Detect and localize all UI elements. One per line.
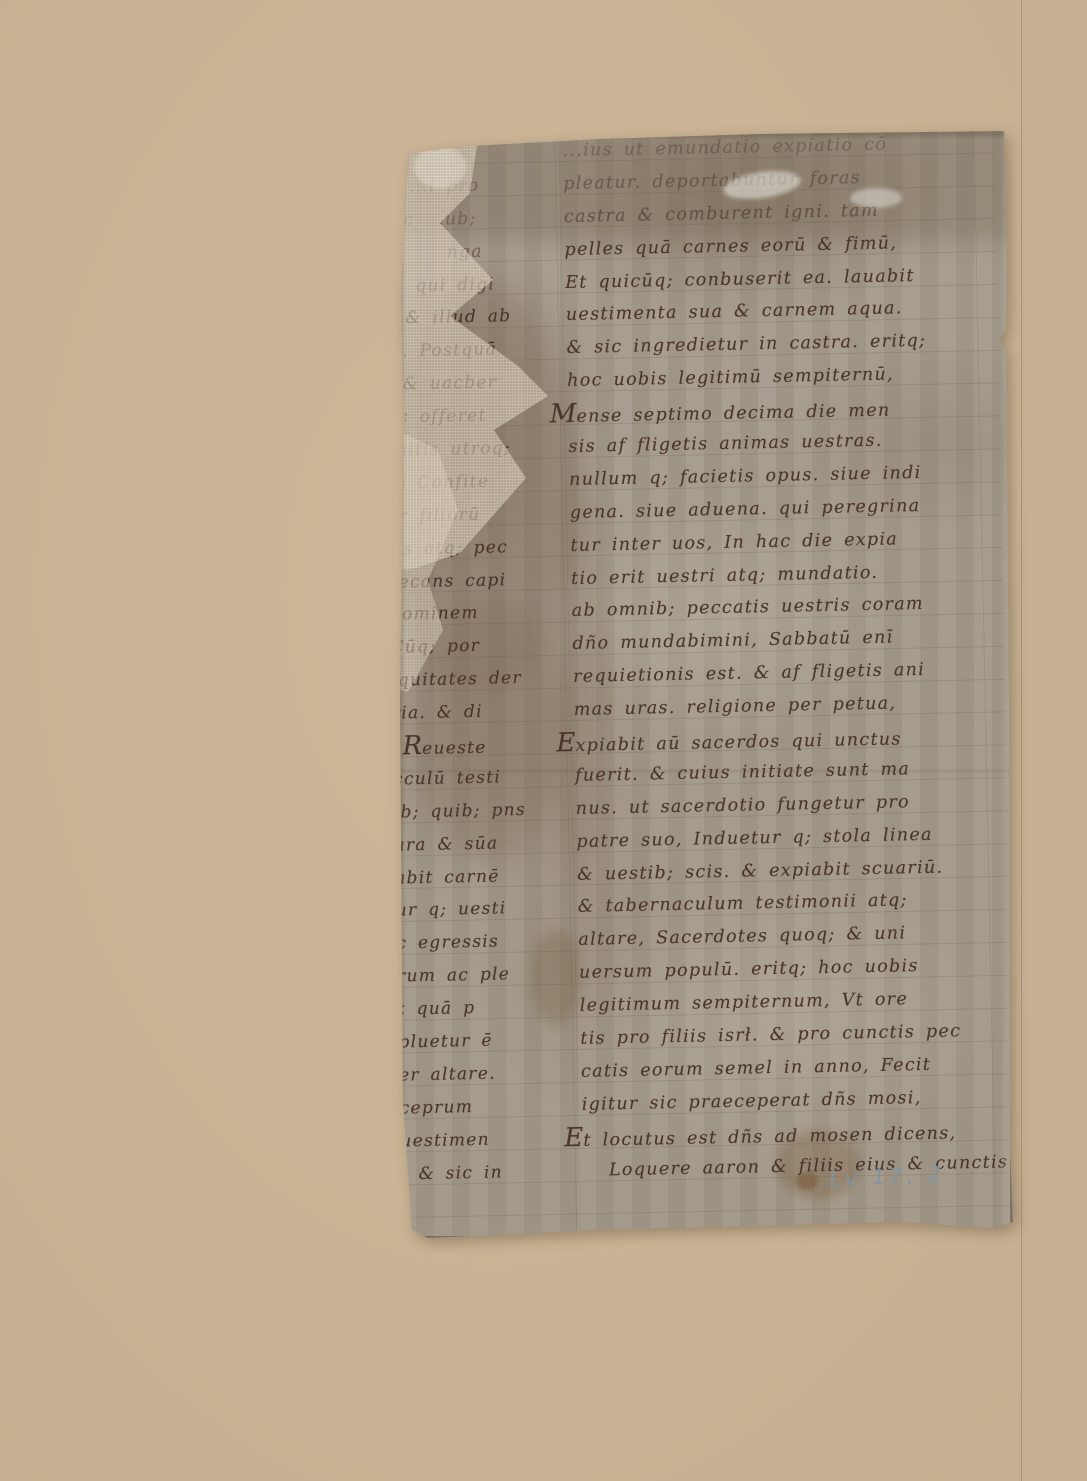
manuscript-line: er altare. [399, 1056, 580, 1092]
manuscript-line: ett...l pro [398, 168, 562, 204]
line-initial: M [550, 399, 577, 430]
manuscript-line: ceprum [399, 1089, 580, 1125]
manuscript-line: ria. & di [398, 694, 572, 730]
photo-background: ett...l pro c ...ub; nga qui digi & illu… [0, 0, 1087, 1481]
manuscript-line: er filiorū [398, 497, 568, 533]
manuscript-line: nga [398, 234, 563, 270]
manuscript-line: cculū testi [398, 760, 573, 796]
shelfmark-annotation: Lv 17, 2 [829, 1162, 946, 1192]
manuscript-line: hominem [398, 596, 570, 632]
parchment: ett...l pro c ...ub; nga qui digi & illu… [398, 130, 1016, 1242]
manuscript-line: c egressis [398, 924, 577, 960]
manuscript-line: uestimen [400, 1122, 581, 1158]
manuscript-line: qui digi [398, 267, 564, 303]
manuscript-line: tis atq; pec [398, 530, 569, 566]
manuscript-line: rt. Postquā [398, 332, 565, 368]
manuscript-line: rum ac ple [398, 957, 577, 993]
manuscript-line: . & sic in [401, 1155, 582, 1191]
manuscript-line: & illud ab [398, 300, 564, 336]
left-text-column: ett...l pro c ...ub; nga qui digi & illu… [398, 168, 581, 1191]
manuscript-line: ib; quib; pns [398, 793, 574, 829]
manuscript-line: recans capi [398, 563, 569, 599]
manuscript-line: pluetur ē [398, 1023, 579, 1059]
manuscript-line: Cūq; por [398, 628, 571, 664]
line-initial: E [556, 728, 576, 758]
manuscript-line: ositis utroq; [398, 431, 567, 467]
mat-seam [1021, 0, 1087, 1481]
manuscript-line: ara & sūa [398, 826, 575, 862]
manuscript-page: ett...l pro c ...ub; nga qui digi & illu… [398, 130, 1016, 1242]
right-text-column: ...ius ut emundatio expiatio cōpleatur. … [562, 130, 1013, 1187]
manuscript-line: t quā p [398, 990, 578, 1026]
line-initial: E [564, 1123, 584, 1153]
manuscript-line: c ...ub; [398, 201, 562, 237]
manuscript-line: nc offeret [398, 398, 566, 434]
written-area: ett...l pro c ...ub; nga qui digi & illu… [398, 130, 1016, 1242]
manuscript-line: ur q; uesti [398, 891, 576, 927]
manuscript-line: iquitates der [398, 661, 571, 697]
manuscript-line: Reueste [402, 727, 573, 763]
manuscript-line: abit carnē [398, 859, 575, 895]
manuscript-line: . & uacber [398, 365, 566, 401]
line-initial: R [402, 731, 422, 761]
manuscript-line: rs Confite [398, 464, 568, 500]
